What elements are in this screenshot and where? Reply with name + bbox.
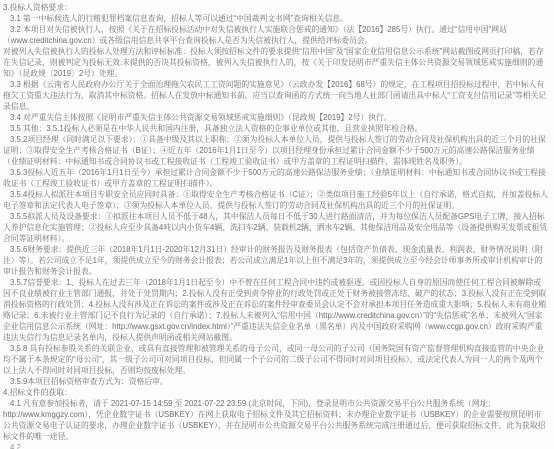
clause-3-5-3: 3.5.3投标人近五年（2016年1月1日至今）承担过累计合同金额不少于500万…: [3, 167, 548, 189]
clause-4-1: 4.1 凡有意参加投标者，请于 2021-07-15 14:59 至 2021-…: [3, 398, 548, 442]
clause-3-1: 3.1 第一中标候选人的行贿犯罪档案信息查询，招标人等可以通过“中国裁判文书网”…: [3, 13, 548, 24]
clause-3-5-7: 3.5.7信誉要求：1、投标人在过去三年（2018年1月1日起至今）中不曾在任何…: [3, 277, 548, 343]
tender-document-page: 3.投标人资格要求： 3.1 第一中标候选人的行贿犯罪档案信息查询，招标人等可以…: [0, 0, 554, 449]
clause-4-2-partial: 4.2: [3, 442, 548, 449]
clause-3-5-5: 3.5.5拟派人员及设备要求：①拟派往本项目人员不低于48人，其中保洁人员每日不…: [3, 211, 548, 244]
clause-3-2: 3.2 本项目对失信被执行人，按照《关于在招标投标活动中对失信被执行人实施联合惩…: [3, 24, 548, 46]
section-3-heading: 3.投标人资格要求：: [3, 2, 548, 13]
clause-3-5-9: 3.5.9本项目招标资格审查方式为：资格后审。: [3, 376, 548, 387]
clause-3-5-2: 3.5.2项目经理（同时满足以下要求）：①具备中级及其以上职称；②须为投标人本单…: [3, 134, 548, 167]
clause-3-4: 3.4 对严重失信主体按照《昆明市严重失信主体公共资源交易领域惩戒实施细则》（昆…: [3, 112, 548, 123]
clause-3-5-8: 3.5.8 具有投标参股关系的关联企业，或具有直接管理和被管理关系的母子公司，或…: [3, 343, 548, 376]
clause-3-5-6: 3.5.6财务要求：提供近三年（2018年1月1日-2020年12月31日）经审…: [3, 244, 548, 277]
clause-3-5-4: 3.5.4投标人拟派往本项目专职安全员应同时具备：①取得安全生产考核合格证书（C…: [3, 189, 548, 211]
clause-3-3: 3.3 根据《云南省人民政府办公厅关于全面治理拖欠农民工工资问题的实施意见》（云…: [3, 79, 548, 112]
clause-3-2-handling: 对被列入失信被执行人的投标人处理方法和评标标准：投标人须按招标文件的要求提供“信…: [3, 46, 548, 79]
section-4-heading: 4.招标文件的获取：: [3, 387, 548, 398]
clause-3-5-1: 3.5 其他：3.5.1投标人必须是在中华人民共和国内注册，具备独立法人资格的企…: [3, 123, 548, 134]
